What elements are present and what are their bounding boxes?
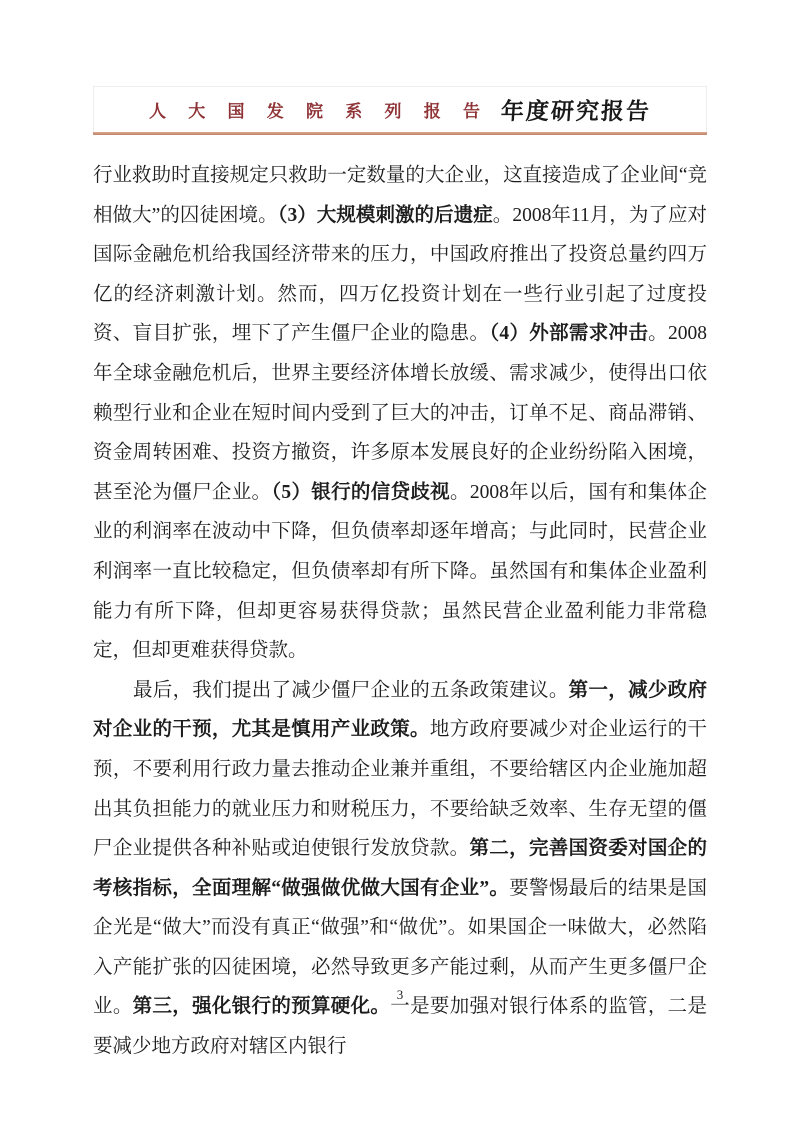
text-run: 。2008年全球金融危机后，世界主要经济体增长放缓、需求减少，使得出口依赖型行业… [93,323,707,502]
text-run: 最后，我们提出了减少僵尸企业的五条政策建议。 [133,680,569,701]
header-series-title: 人 大 国 发 院 系 列 报 告 [149,102,489,121]
page-number: 3 [93,987,707,1003]
paragraph: 最后，我们提出了减少僵尸企业的五条政策建议。第一，减少政府对企业的干预，尤其是慎… [93,671,707,1067]
paragraph: 行业救助时直接规定只救助一定数量的大企业，这直接造成了企业间“竞相做大”的囚徒困… [93,156,707,671]
bold-text-run: （5）银行的信贷歧视 [271,482,450,503]
header-rule-line [93,132,707,135]
bold-text-run: （4）外部需求冲击 [489,323,648,344]
bold-text-run: （3）大规模刺激的后遗症 [278,205,493,226]
text-run: 。2008年以后，国有和集体企业的利润率在波动中下降，但负债率却逐年增高；与此同… [93,482,707,661]
body-text: 行业救助时直接规定只救助一定数量的大企业，这直接造成了企业间“竞相做大”的囚徒困… [93,156,707,1067]
document-page: 人 大 国 发 院 系 列 报 告 年度研究报告 行业救助时直接规定只救助一定数… [0,0,793,1122]
content-column: 人 大 国 发 院 系 列 报 告 年度研究报告 行业救助时直接规定只救助一定数… [93,86,707,1067]
page-header: 人 大 国 发 院 系 列 报 告 年度研究报告 [93,86,707,132]
header-report-title: 年度研究报告 [500,93,652,126]
